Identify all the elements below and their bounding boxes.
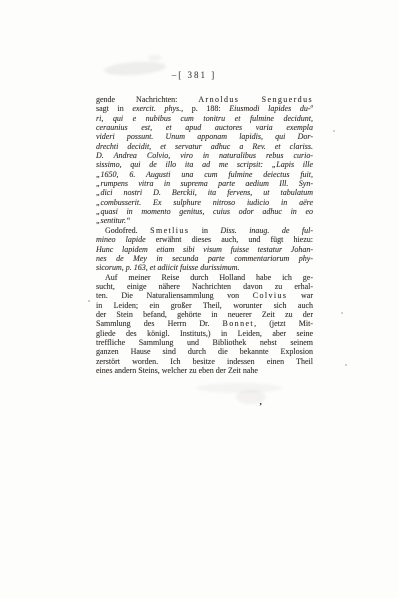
text-line: ganzen Hause sind durch die bekannte Exp… <box>96 347 313 356</box>
stray-ink-mark: ’ <box>259 401 263 411</box>
text-segment: war <box>287 291 313 300</box>
text-line: in Leiden; ein großer Theil, worunter si… <box>96 301 313 310</box>
text-segment: Smetlius <box>150 226 189 235</box>
scan-speck <box>88 300 90 302</box>
text-line: „sentitur.“ <box>96 216 313 225</box>
scan-speck <box>341 312 343 314</box>
text-segment: p. 188: <box>192 104 229 113</box>
text-segment: gliede des königl. Instituts,) in Leiden… <box>96 329 313 338</box>
text-segment: Arnoldus Senguerdus <box>198 95 313 104</box>
text-segment: drechti decidit, et servatur adhuc a Rev… <box>96 142 313 151</box>
text-line: sucht, einige nähere Nachrichten davon z… <box>96 282 313 291</box>
text-segment: exercit. phys., <box>132 104 191 113</box>
text-segment: „rumpens vitra in suprema parte aedium I… <box>96 179 313 188</box>
text-segment: zerstört worden. Ich besitze indessen ei… <box>96 357 313 366</box>
text-segment: ceraunius est, et apud auctores varia ex… <box>96 123 313 132</box>
text-line: „1650, 6. Augusti una cum fulmine deiect… <box>96 170 313 179</box>
text-line: der Stein befand, gehörte in neuerer Zei… <box>96 310 313 319</box>
text-block: gende Nachrichten: Arnoldus Senguerdussa… <box>96 95 313 375</box>
text-line: zerstört worden. Ich besitze indessen ei… <box>96 357 313 366</box>
text-segment: „1650, 6. Augusti una cum fulmine deiect… <box>96 170 313 179</box>
text-line: Auf meiner Reise durch Holland habe ich … <box>96 273 313 282</box>
text-line: gende Nachrichten: Arnoldus Senguerdus <box>96 95 313 104</box>
text-segment: videri possunt. Unum apponam lapidis, qu… <box>96 132 313 141</box>
text-segment: sagt in <box>96 104 132 113</box>
text-segment: Auf meiner Reise durch Holland habe ich … <box>105 273 313 282</box>
text-line: „combusserit. Ex sulphure nitroso iudici… <box>96 198 313 207</box>
text-line: sicorum, p. 163, et adiicit fuisse duris… <box>96 263 313 272</box>
text-line: treffliche Sammlung und Bibliothek nebst… <box>96 338 313 347</box>
text-segment: ten. Die Naturaliensammlung von <box>96 291 253 300</box>
text-line: D. Andrea Colvio, viro in naturalibus re… <box>96 151 313 160</box>
text-segment: D. Andrea Colvio, viro in naturalibus re… <box>96 151 313 160</box>
text-line: eines andern Steins, welcher zu eben der… <box>96 366 313 375</box>
page-number-header: –[ 381 ] <box>86 70 302 80</box>
text-segment: „combusserit. Ex sulphure nitroso iudici… <box>96 198 313 207</box>
text-segment: Colvius <box>253 291 288 300</box>
text-segment: sicorum, p. 163, et adiicit fuisse duris… <box>96 263 240 272</box>
text-line: ten. Die Naturaliensammlung von Colvius … <box>96 291 313 300</box>
text-segment: in Leiden; ein großer Theil, worunter si… <box>96 301 313 310</box>
text-segment: gende Nachrichten: <box>96 95 198 104</box>
text-line: Hunc lapidem etiam sibi visum fuisse tes… <box>96 245 313 254</box>
text-segment: Hunc lapidem etiam sibi visum fuisse tes… <box>96 245 313 254</box>
scan-speck <box>333 130 335 132</box>
text-segment: in <box>189 226 220 235</box>
text-segment: mineo lapide <box>96 235 156 244</box>
text-line: videri possunt. Unum apponam lapidis, qu… <box>96 132 313 141</box>
text-line: „dici nostri D. Berckii, ita fervens, ut… <box>96 188 313 197</box>
text-segment: „dici nostri D. Berckii, ita fervens, ut… <box>96 188 313 197</box>
text-line: „quasi in momento genitus, cuius odor ad… <box>96 207 313 216</box>
scan-smudge <box>148 55 162 61</box>
text-line: drechti decidit, et servatur adhuc a Rev… <box>96 142 313 151</box>
text-line: sissimo, qui de illo ita ad me scripsit:… <box>96 160 313 169</box>
text-segment: ganzen Hause sind durch die bekannte Exp… <box>96 347 313 356</box>
text-line: ri, qui e nubibus cum tonitru et fulmine… <box>96 114 313 123</box>
text-line: sagt in exercit. phys., p. 188: Eiusmodi… <box>96 104 313 113</box>
text-segment: der Stein befand, gehörte in neuerer Zei… <box>96 310 313 319</box>
text-segment: „sentitur.“ <box>96 216 130 225</box>
text-segment: nes de Mey in secunda parte commentarior… <box>96 254 313 263</box>
text-line: Sammlung des Herrn Dr. Bonnet, (jetzt Mi… <box>96 319 313 328</box>
text-segment: Sammlung des Herrn Dr. <box>96 319 223 328</box>
text-segment: „quasi in momento genitus, cuius odor ad… <box>96 207 313 216</box>
text-segment: Bonnet <box>223 319 255 328</box>
text-segment: , (jetzt Mit- <box>254 319 313 328</box>
text-line: Godofred. Smetlius in Diss. inaug. de fu… <box>96 226 313 235</box>
text-line: ceraunius est, et apud auctores varia ex… <box>96 123 313 132</box>
scanned-book-page: –[ 381 ] gende Nachrichten: Arnoldus Sen… <box>0 0 399 598</box>
footnote-mark: a <box>311 105 314 110</box>
text-line: nes de Mey in secunda parte commentarior… <box>96 254 313 263</box>
text-line: gliede des königl. Instituts,) in Leiden… <box>96 329 313 338</box>
text-segment: sissimo, qui de illo ita ad me scripsit:… <box>96 160 313 169</box>
text-segment: sucht, einige nähere Nachrichten davon z… <box>96 282 313 291</box>
text-segment: ri, qui e nubibus cum tonitru et fulmine… <box>96 114 313 123</box>
text-segment: treffliche Sammlung und Bibliothek nebst… <box>96 338 313 347</box>
text-segment: erwähnt dieses auch, und fügt hiezu: <box>156 235 313 244</box>
scan-speck <box>345 364 347 366</box>
text-segment: Godofred. <box>105 226 150 235</box>
text-line: mineo lapide erwähnt dieses auch, und fü… <box>96 235 313 244</box>
text-segment: Diss. inaug. de ful- <box>221 226 314 235</box>
text-segment: eines andern Steins, welcher zu eben der… <box>96 366 258 375</box>
text-line: „rumpens vitra in suprema parte aedium I… <box>96 179 313 188</box>
text-segment: Eiusmodi lapides du- <box>229 104 310 113</box>
